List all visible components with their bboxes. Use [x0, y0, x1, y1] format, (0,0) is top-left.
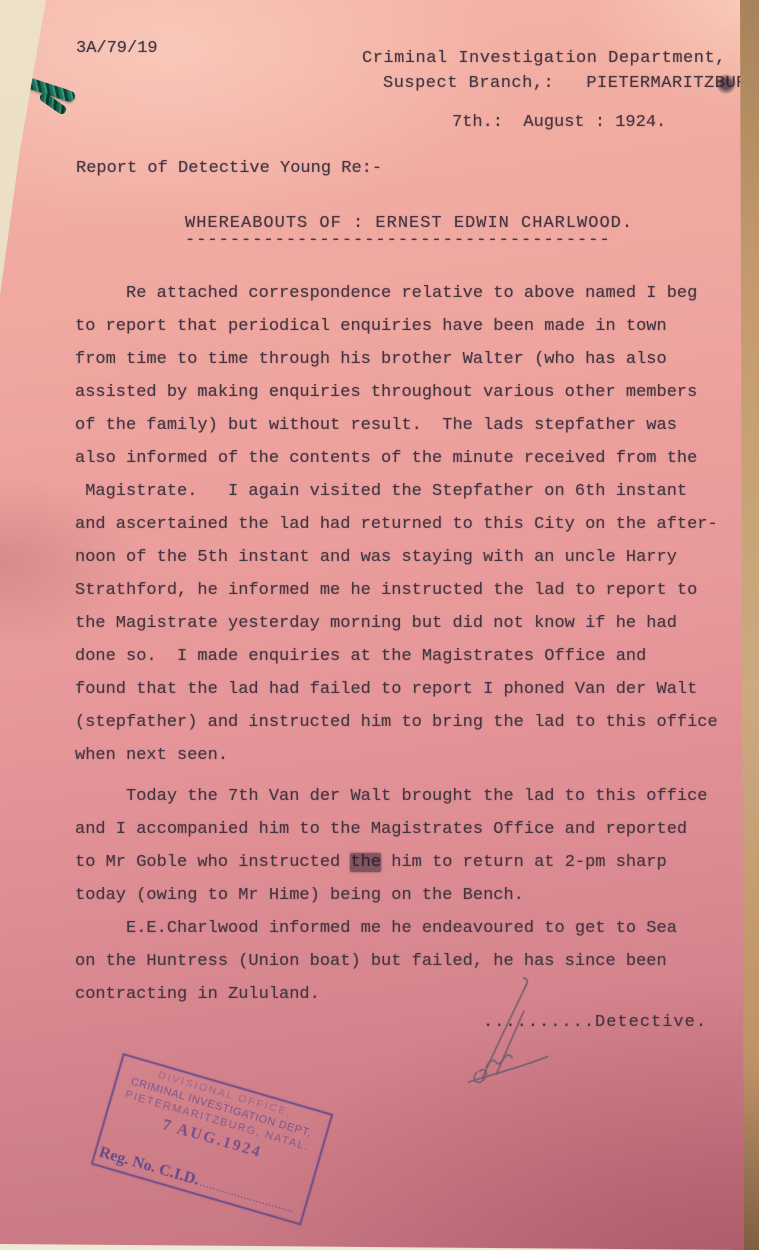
letterhead-department: Criminal Investigation Department,	[362, 49, 726, 68]
typed-line: the Magistrate yesterday morning but did…	[75, 607, 735, 640]
typed-line: and ascertained the lad had returned to …	[75, 508, 735, 541]
typed-line: on the Huntress (Union boat) but failed,…	[75, 945, 735, 978]
subject-underline: --------------------------------------	[185, 231, 611, 250]
ink-smudge	[716, 74, 736, 94]
typed-line: of the family) but without result. The l…	[75, 409, 735, 442]
typed-line: when next seen.	[75, 739, 735, 772]
typed-line: today (owing to Mr Hime) being on the Be…	[75, 879, 735, 912]
typed-line: found that the lad had failed to report …	[75, 673, 735, 706]
typed-line: and I accompanied him to the Magistrates…	[75, 813, 735, 846]
typed-line: to report that periodical enquiries have…	[75, 310, 735, 343]
letterhead-branch: Suspect Branch,: PIETERMARITZBURG	[383, 74, 758, 93]
typed-line: to Mr Goble who instructed the him to re…	[75, 846, 735, 879]
typed-line: E.E.Charlwood informed me he endeavoured…	[75, 912, 735, 945]
cid-date-stamp: DIVISIONAL OFFICE, CRIMINAL INVESTIGATIO…	[91, 1053, 334, 1225]
paragraph: E.E.Charlwood informed me he endeavoured…	[75, 912, 735, 1011]
file-reference-number: 3A/79/19	[76, 39, 158, 58]
typed-line: noon of the 5th instant and was staying …	[75, 541, 735, 574]
typed-line: (stepfather) and instructed him to bring…	[75, 706, 735, 739]
letterhead-date: 7th.: August : 1924.	[452, 113, 666, 132]
typed-line: contracting in Zululand.	[75, 978, 735, 1011]
paragraph: Re attached correspondence relative to a…	[75, 277, 735, 772]
scanned-document: 3A/79/19 Criminal Investigation Departme…	[0, 0, 759, 1250]
typed-line: from time to time through his brother Wa…	[75, 343, 735, 376]
paragraph: Today the 7th Van der Walt brought the l…	[75, 780, 735, 912]
typed-line: Strathford, he informed me he instructed…	[75, 574, 735, 607]
typed-line: Magistrate. I again visited the Stepfath…	[75, 475, 735, 508]
typed-line: Today the 7th Van der Walt brought the l…	[75, 780, 735, 813]
pink-report-page: 3A/79/19 Criminal Investigation Departme…	[0, 0, 759, 1250]
typed-line: also informed of the contents of the min…	[75, 442, 735, 475]
stamp-reg-dots: ..............................	[199, 1178, 295, 1215]
handwritten-signature	[452, 972, 572, 1090]
stamp-reg-label: Reg. No. C.I.D.	[97, 1144, 201, 1190]
typed-line: done so. I made enquiries at the Magistr…	[75, 640, 735, 673]
typed-line: assisted by making enquiries throughout …	[75, 376, 735, 409]
report-body: Re attached correspondence relative to a…	[75, 277, 735, 1011]
struck-out-word: the	[350, 853, 381, 872]
typed-line: Re attached correspondence relative to a…	[75, 277, 735, 310]
report-title: Report of Detective Young Re:-	[76, 159, 382, 178]
